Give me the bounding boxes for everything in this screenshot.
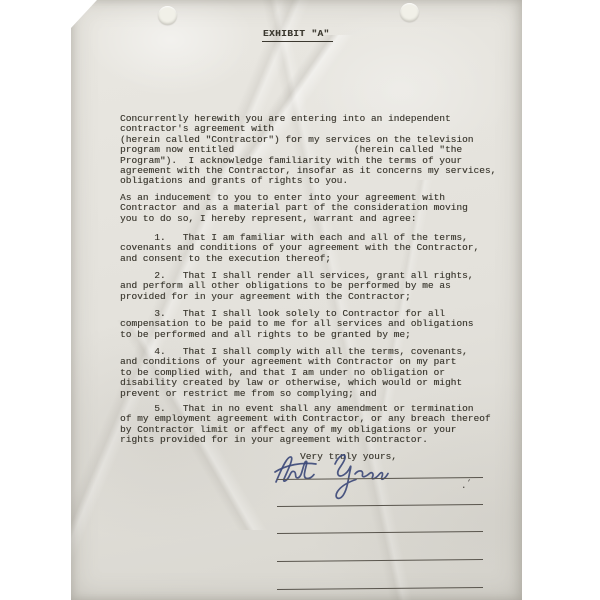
intro-paragraph: Concurrently herewith you are entering i… [120,114,496,187]
clause-item-4: 4. That I shall comply with all the term… [120,347,468,399]
clause-item-3: 3. That I shall look solely to Contracto… [120,309,473,340]
inducement-paragraph: As an inducement to you to enter into yo… [120,193,468,224]
handwritten-signature-neil-young [272,449,397,505]
scanned-document-photo: EXHIBIT "A" Concurrently herewith you ar… [0,0,600,600]
punch-hole-right [400,3,419,22]
stray-ink-dot: . [461,481,466,491]
punch-hole-left [158,6,177,25]
clause-item-1: 1. That I am familiar with each and all … [120,233,479,264]
signature-stroke-y-loop [335,455,356,498]
document-title: EXHIBIT "A" [262,29,333,42]
clause-item-5: 5. That in no event shall any amendment … [120,404,491,446]
clause-item-2: 2. That I shall render all services, gra… [120,271,473,302]
